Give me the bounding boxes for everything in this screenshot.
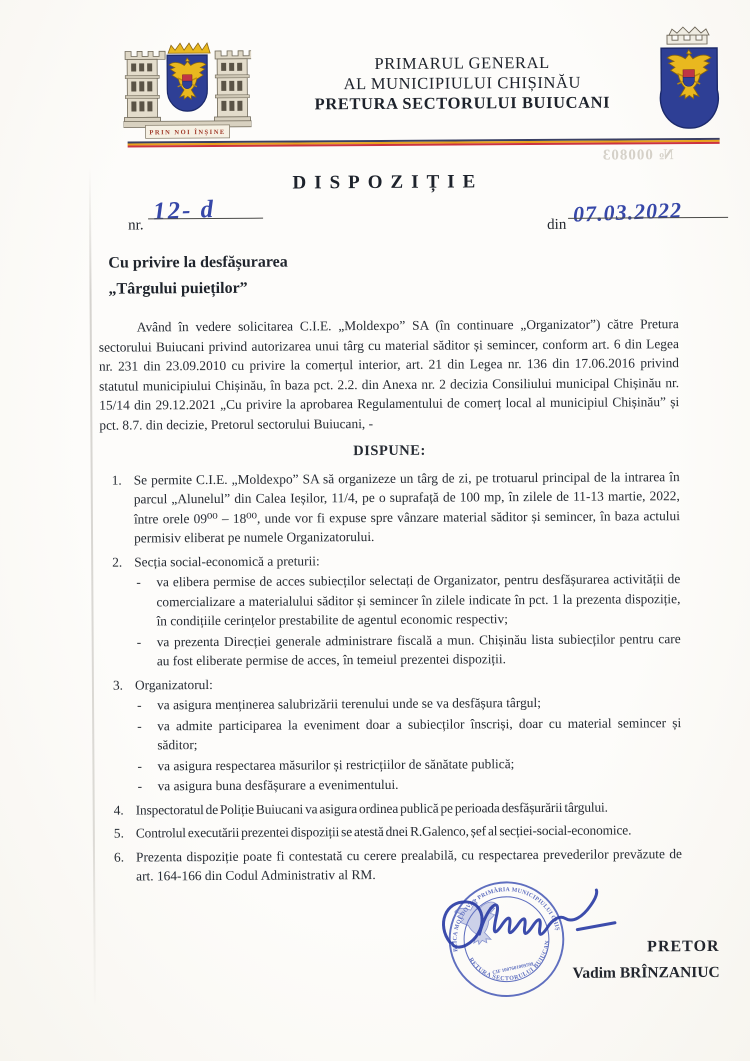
document-body: Având în vedere solicitarea C.I.E. „Mold… [99,314,682,890]
dash-marker: - [137,716,157,755]
sub-item-text: va prezenta Direcției generale administr… [157,629,681,671]
item-text: Se permite C.I.E. „Moldexpo” SA să organ… [134,467,680,548]
sub-item-text: va asigura buna desfășurare a evenimentu… [157,773,681,796]
item-number: 2. [112,552,134,572]
dash-marker: - [137,632,157,671]
item-text: Prezenta dispoziție poate fi contestată … [136,844,682,886]
subject-line-2: „Târgului puieților” [108,276,288,303]
org-line-2: AL MUNICIPIULUI CHIȘINĂU [292,72,632,94]
document-title: DISPOZIȚIE [98,170,678,196]
list-item-2-sub-2: - va prezenta Direcției generale adminis… [137,629,681,671]
sub-item-text: va admite participarea la eveniment doar… [157,713,681,755]
list-item-3: 3. Organizatorul: [101,672,681,695]
item-number: 1. [112,470,134,548]
list-item-1: 1. Se permite C.I.E. „Moldexpo” SA să or… [100,467,680,549]
sub-item-text: va asigura respectarea măsurilor și rest… [157,753,681,776]
number-handwritten-value: 12- d [152,196,215,227]
item-number: 6. [114,847,136,886]
scan-edge-shadow [89,167,96,1007]
chisinau-shield-emblem-icon [655,22,724,132]
form-number-bleedthrough: № 000803 [558,147,718,165]
list-item-3-sub-3: - va asigura respectarea măsurilor și re… [137,753,681,776]
list-item-5: 5. Controlul executării prezentei dispoz… [102,820,682,843]
sub-item-text: va asigura menținerea salubrizării teren… [157,692,681,715]
dispune-heading: DISPUNE: [99,440,679,463]
org-line-1: PRIMARUL GENERAL [292,52,632,74]
list-item-3-sub-4: - va asigura buna desfășurare a evenimen… [137,773,681,796]
item-text: Controlul executării prezentei dispoziți… [136,820,682,843]
item-text: Organizatorul: [135,672,681,695]
item-number: 5. [114,823,136,843]
subject-block: Cu privire la desfășurarea „Târgului pui… [108,250,288,303]
date-label: din [547,217,566,234]
item-number: 3. [113,675,135,695]
number-label: nr. [128,217,144,234]
issuing-authority: PRIMARUL GENERAL AL MUNICIPIULUI CHIȘINĂ… [292,52,632,114]
sub-item-text: va elibera permise de acces subiecților … [156,569,680,631]
date-handwritten-value: 07.03.2022 [573,197,683,227]
dash-marker: - [137,776,157,796]
signer-title: PRETOR [647,938,719,956]
item-number: 4. [114,800,136,820]
chisinau-city-emblem-icon: PRIN NOI ÎNȘINE [123,37,252,144]
emblem-motto: PRIN NOI ÎNȘINE [149,128,225,136]
list-item-3-sub-2: - va admite participarea la eveniment do… [137,713,681,755]
list-item-2: 2. Secția social-economică a preturii: [100,549,680,572]
item-text: Inspectoratul de Poliție Buiucani va asi… [136,797,682,820]
dash-marker: - [137,695,157,715]
org-line-3: PRETURA SECTORULUI BUIUCANI [292,92,632,114]
scanned-document: PRIN NOI ÎNȘINE PRIMARUL GENERAL AL MUNI… [0,0,750,1061]
list-item-2-sub-1: - va elibera permise de acces subiecțilo… [136,569,680,631]
pretor-signature [430,882,662,953]
dash-marker: - [137,756,157,776]
item-text: Secția social-economică a preturii: [134,549,680,572]
list-item-6: 6. Prezenta dispoziție poate fi contesta… [102,844,682,887]
subject-line-1: Cu privire la desfășurarea [108,250,288,277]
dash-marker: - [136,572,156,631]
list-item-4: 4. Inspectoratul de Poliție Buiucani va … [102,797,682,820]
list-item-3-sub-1: - va asigura menținerea salubrizării ter… [137,692,681,715]
preamble-paragraph: Având în vedere solicitarea C.I.E. „Mold… [99,314,680,435]
signer-name: Vadim BRÎNZANIUC [573,964,720,983]
